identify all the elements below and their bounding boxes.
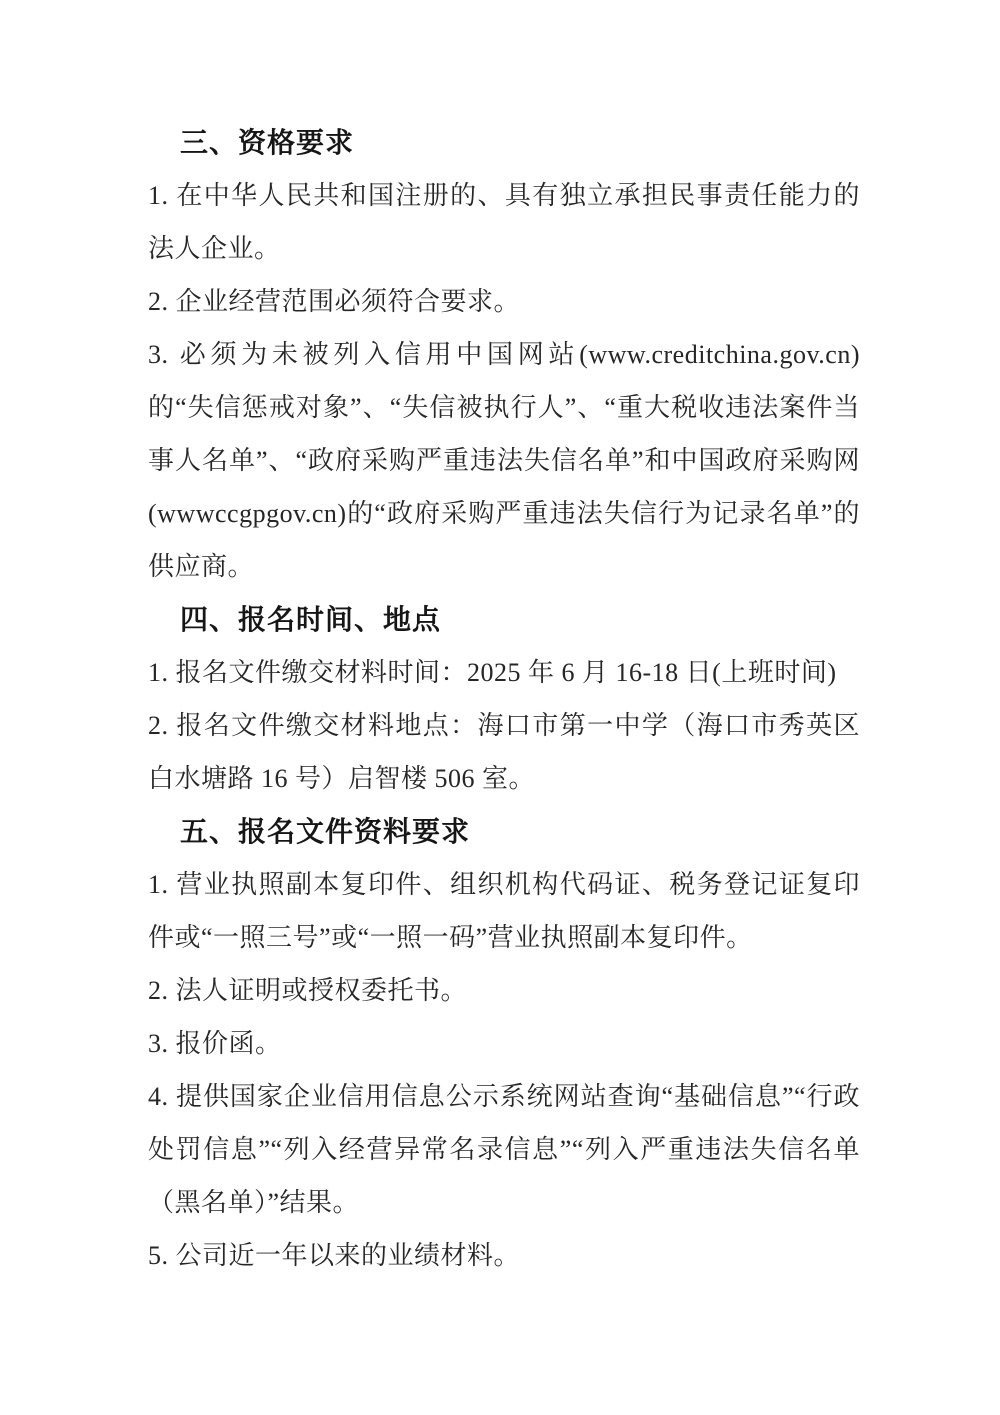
paragraph-submission-place: 2. 报名文件缴交材料地点：海口市第一中学（海口市秀英区白水塘路 16 号）启智…	[148, 699, 860, 805]
paragraph-quotation-letter: 3. 报价函。	[148, 1017, 860, 1070]
paragraph-registered-legal-entity: 1. 在中华人民共和国注册的、具有独立承担民事责任能力的法人企业。	[148, 169, 860, 275]
paragraph-legal-person-proof: 2. 法人证明或授权委托书。	[148, 964, 860, 1017]
paragraph-credit-china-lists: 3. 必须为未被列入信用中国网站(www.creditchina.gov.cn)…	[148, 328, 860, 593]
paragraph-submission-time: 1. 报名文件缴交材料时间：2025 年 6 月 16-18 日(上班时间)	[148, 646, 860, 699]
section-qualification-requirements: 三、资格要求 1. 在中华人民共和国注册的、具有独立承担民事责任能力的法人企业。…	[148, 116, 860, 593]
section-heading: 三、资格要求	[148, 116, 860, 169]
paragraph-business-scope: 2. 企业经营范围必须符合要求。	[148, 275, 860, 328]
document-page: 三、资格要求 1. 在中华人民共和国注册的、具有独立承担民事责任能力的法人企业。…	[0, 0, 1000, 1415]
section-registration-time-place: 四、报名时间、地点 1. 报名文件缴交材料时间：2025 年 6 月 16-18…	[148, 593, 860, 805]
section-heading: 五、报名文件资料要求	[148, 805, 860, 858]
paragraph-recent-performance-materials: 5. 公司近一年以来的业绩材料。	[148, 1229, 860, 1282]
paragraph-credit-info-query-results: 4. 提供国家企业信用信息公示系统网站查询“基础信息”“行政处罚信息”“列入经营…	[148, 1070, 860, 1229]
section-heading: 四、报名时间、地点	[148, 593, 860, 646]
paragraph-business-license-copies: 1. 营业执照副本复印件、组织机构代码证、税务登记证复印件或“一照三号”或“一照…	[148, 858, 860, 964]
section-registration-materials: 五、报名文件资料要求 1. 营业执照副本复印件、组织机构代码证、税务登记证复印件…	[148, 805, 860, 1282]
document-body: 三、资格要求 1. 在中华人民共和国注册的、具有独立承担民事责任能力的法人企业。…	[148, 116, 860, 1282]
